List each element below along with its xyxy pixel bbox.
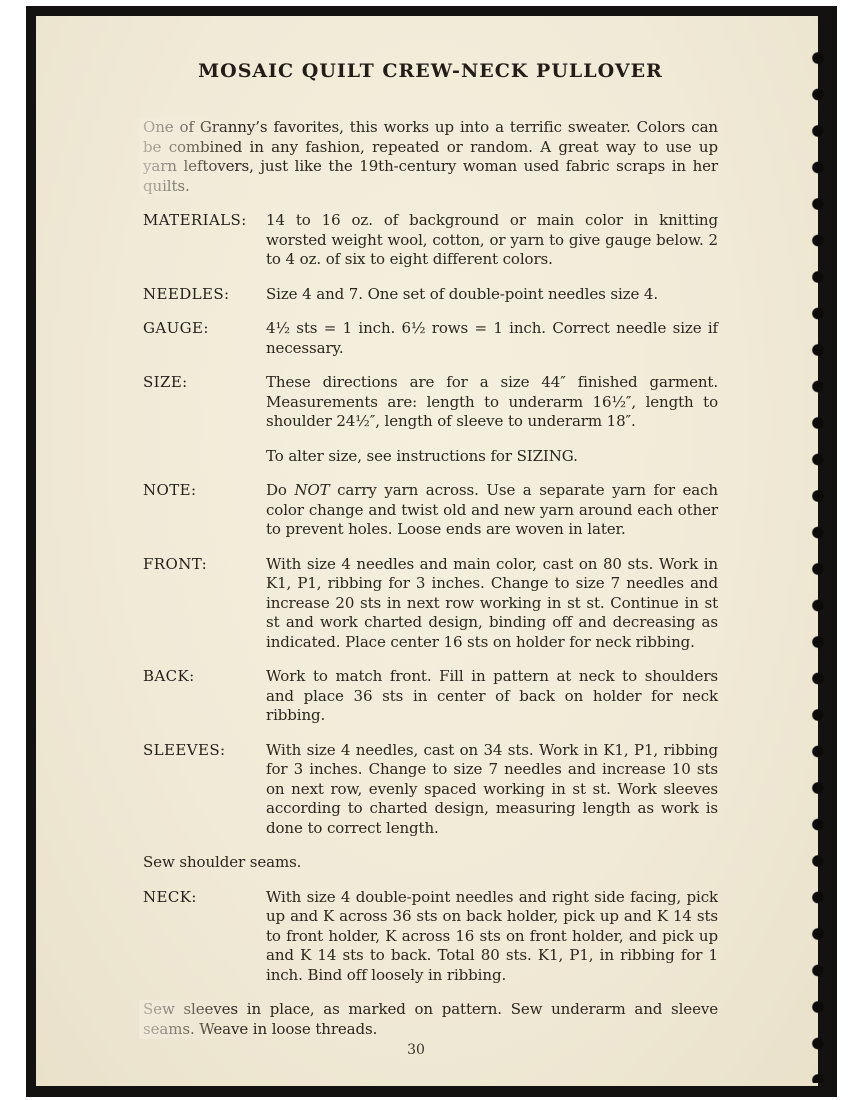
section-body: With size 4 needles, cast on 34 sts. Wor… — [266, 741, 718, 839]
section-label: SIZE: — [143, 373, 266, 466]
section-label: FRONT: — [143, 555, 266, 653]
section-body: Do NOT carry yarn across. Use a separate… — [266, 481, 718, 540]
pattern-section: SLEEVES:With size 4 needles, cast on 34 … — [143, 741, 718, 839]
intro-paragraph: One of Granny’s favorites, this works up… — [143, 118, 718, 196]
closing-paragraph: Sew sleeves in place, as marked on patte… — [143, 1000, 718, 1039]
section-paragraph: 14 to 16 oz. of background or main color… — [266, 211, 718, 270]
document-page: MOSAIC QUILT CREW-NECK PULLOVER One of G… — [36, 16, 818, 1086]
section-paragraph: Work to match front. Fill in pattern at … — [266, 667, 718, 726]
section-body: Size 4 and 7. One set of double-point ne… — [266, 285, 718, 305]
section-label: MATERIALS: — [143, 211, 266, 270]
pattern-section: BACK:Work to match front. Fill in patter… — [143, 667, 718, 726]
spiral-binding-holes-icon — [808, 40, 828, 1083]
section-label: NEEDLES: — [143, 285, 266, 305]
scan-border: MOSAIC QUILT CREW-NECK PULLOVER One of G… — [26, 6, 837, 1097]
closing-paragraph: Sew shoulder seams. — [143, 853, 718, 873]
pattern-section: NECK:With size 4 double-point needles an… — [143, 888, 718, 986]
section-label: GAUGE: — [143, 319, 266, 358]
pattern-section: NOTE:Do NOT carry yarn across. Use a sep… — [143, 481, 718, 540]
section-paragraph: These directions are for a size 44″ fini… — [266, 373, 718, 432]
section-label: BACK: — [143, 667, 266, 726]
section-paragraph: With size 4 needles and main color, cast… — [266, 555, 718, 653]
pattern-section: FRONT:With size 4 needles and main color… — [143, 555, 718, 653]
section-body: 14 to 16 oz. of background or main color… — [266, 211, 718, 270]
page-title: MOSAIC QUILT CREW-NECK PULLOVER — [143, 60, 718, 82]
pattern-section: MATERIALS:14 to 16 oz. of background or … — [143, 211, 718, 270]
section-paragraph: With size 4 double-point needles and rig… — [266, 888, 718, 986]
section-paragraph: 4½ sts = 1 inch. 6½ rows = 1 inch. Corre… — [266, 319, 718, 358]
section-paragraph: To alter size, see instructions for SIZI… — [266, 447, 718, 467]
section-body: With size 4 needles and main color, cast… — [266, 555, 718, 653]
section-body: These directions are for a size 44″ fini… — [266, 373, 718, 466]
section-paragraph: Do NOT carry yarn across. Use a separate… — [266, 481, 718, 540]
section-paragraph: With size 4 needles, cast on 34 sts. Wor… — [266, 741, 718, 839]
content-blocks: One of Granny’s favorites, this works up… — [143, 118, 718, 1039]
section-body: Work to match front. Fill in pattern at … — [266, 667, 718, 726]
section-label: NOTE: — [143, 481, 266, 540]
section-body: With size 4 double-point needles and rig… — [266, 888, 718, 986]
section-paragraph: Size 4 and 7. One set of double-point ne… — [266, 285, 718, 305]
pattern-section: NEEDLES:Size 4 and 7. One set of double-… — [143, 285, 718, 305]
pattern-section: SIZE:These directions are for a size 44″… — [143, 373, 718, 466]
page-number: 30 — [36, 1042, 796, 1058]
pattern-section: GAUGE:4½ sts = 1 inch. 6½ rows = 1 inch.… — [143, 319, 718, 358]
section-label: NECK: — [143, 888, 266, 986]
section-label: SLEEVES: — [143, 741, 266, 839]
section-body: 4½ sts = 1 inch. 6½ rows = 1 inch. Corre… — [266, 319, 718, 358]
